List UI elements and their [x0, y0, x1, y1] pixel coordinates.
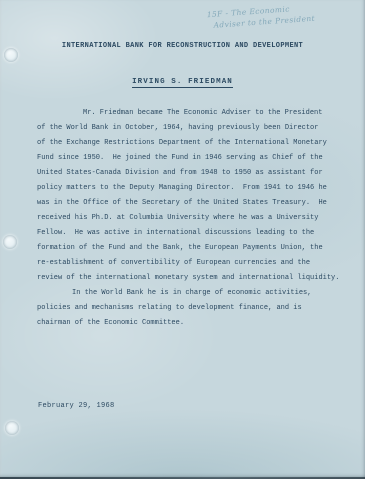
body-line: formation of the Fund and the Bank, the …	[37, 241, 337, 256]
body-line: policies and mechanisms relating to deve…	[37, 301, 337, 316]
body-line: policy matters to the Deputy Managing Di…	[37, 181, 337, 196]
document-title-text: IRVING S. FRIEDMAN	[132, 78, 233, 88]
body-line: re-establishment of convertibility of Eu…	[37, 256, 337, 271]
document-body: Mr. Friedman became The Economic Adviser…	[37, 106, 337, 331]
body-line: of the Exchange Restrictions Department …	[37, 136, 337, 151]
body-line: received his Ph.D. at Columbia Universit…	[37, 211, 337, 226]
body-line: Mr. Friedman became The Economic Adviser…	[37, 106, 337, 121]
hole-punch-bottom	[5, 421, 19, 435]
body-line: In the World Bank he is in charge of eco…	[37, 286, 337, 301]
document-date: February 29, 1968	[38, 402, 115, 410]
body-line: of the World Bank in October, 1964, havi…	[37, 121, 337, 136]
hole-punch-top	[4, 48, 18, 62]
body-line: chairman of the Economic Committee.	[37, 316, 337, 331]
body-line: review of the international monetary sys…	[37, 271, 337, 286]
body-line: was in the Office of the Secretary of th…	[37, 196, 337, 211]
body-line: Fund since 1950. He joined the Fund in 1…	[37, 151, 337, 166]
document-header: INTERNATIONAL BANK FOR RECONSTRUCTION AN…	[0, 42, 365, 50]
document-title: IRVING S. FRIEDMAN	[0, 78, 365, 88]
body-line: Fellow. He was active in international d…	[37, 226, 337, 241]
handwritten-annotation: 15F - The Economic Adviser to the Presid…	[206, 0, 357, 31]
body-line: United States-Canada Division and from 1…	[37, 166, 337, 181]
hole-punch-middle	[3, 235, 17, 249]
document-page: 15F - The Economic Adviser to the Presid…	[0, 0, 365, 479]
